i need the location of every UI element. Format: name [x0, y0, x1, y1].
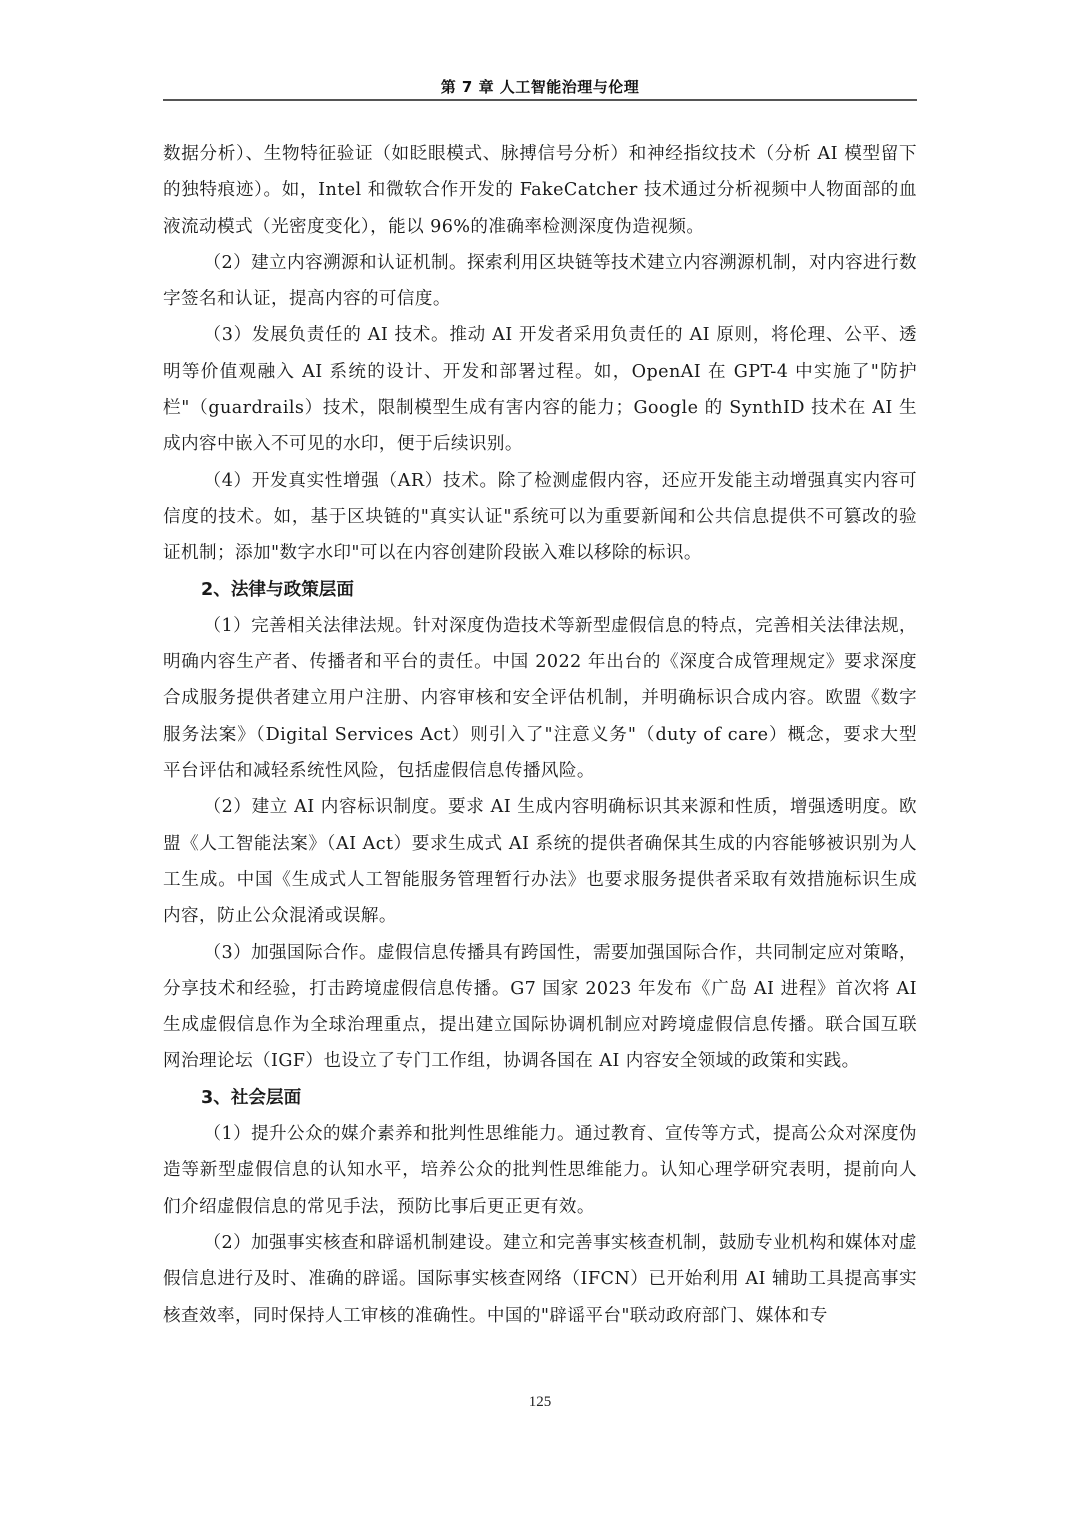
- paragraph-fact-checking: （2）加强事实核查和辟谣机制建设。建立和完善事实核查机制，鼓励专业机构和媒体对虚…: [163, 1225, 917, 1334]
- paragraph-international-cooperation: （3）加强国际合作。虚假信息传播具有跨国性，需要加强国际合作，共同制定应对策略，…: [163, 935, 917, 1080]
- page-body: 数据分析）、生物特征验证（如眨眼模式、脉搏信号分析）和神经指纹技术（分析 AI …: [163, 136, 917, 1334]
- page-number: 125: [0, 1394, 1080, 1411]
- paragraph-laws-regulations: （1）完善相关法律法规。针对深度伪造技术等新型虚假信息的特点，完善相关法律法规，…: [163, 608, 917, 789]
- section-heading-legal-policy: 2、法律与政策层面: [163, 572, 917, 608]
- section-heading-social: 3、社会层面: [163, 1080, 917, 1116]
- paragraph-authenticity-enhancement: （4）开发真实性增强（AR）技术。除了检测虚假内容，还应开发能主动增强真实内容可…: [163, 463, 917, 572]
- paragraph-ai-content-labeling: （2）建立 AI 内容标识制度。要求 AI 生成内容明确标识其来源和性质，增强透…: [163, 789, 917, 934]
- paragraph-continuation: 数据分析）、生物特征验证（如眨眼模式、脉搏信号分析）和神经指纹技术（分析 AI …: [163, 136, 917, 245]
- header-divider: [163, 99, 917, 101]
- paragraph-responsible-ai: （3）发展负责任的 AI 技术。推动 AI 开发者采用负责任的 AI 原则，将伦…: [163, 317, 917, 462]
- running-header-chapter-title: 第 7 章 人工智能治理与伦理: [163, 76, 917, 97]
- paragraph-content-provenance: （2）建立内容溯源和认证机制。探索利用区块链等技术建立内容溯源机制，对内容进行数…: [163, 245, 917, 318]
- paragraph-media-literacy: （1）提升公众的媒介素养和批判性思维能力。通过教育、宣传等方式，提高公众对深度伪…: [163, 1116, 917, 1225]
